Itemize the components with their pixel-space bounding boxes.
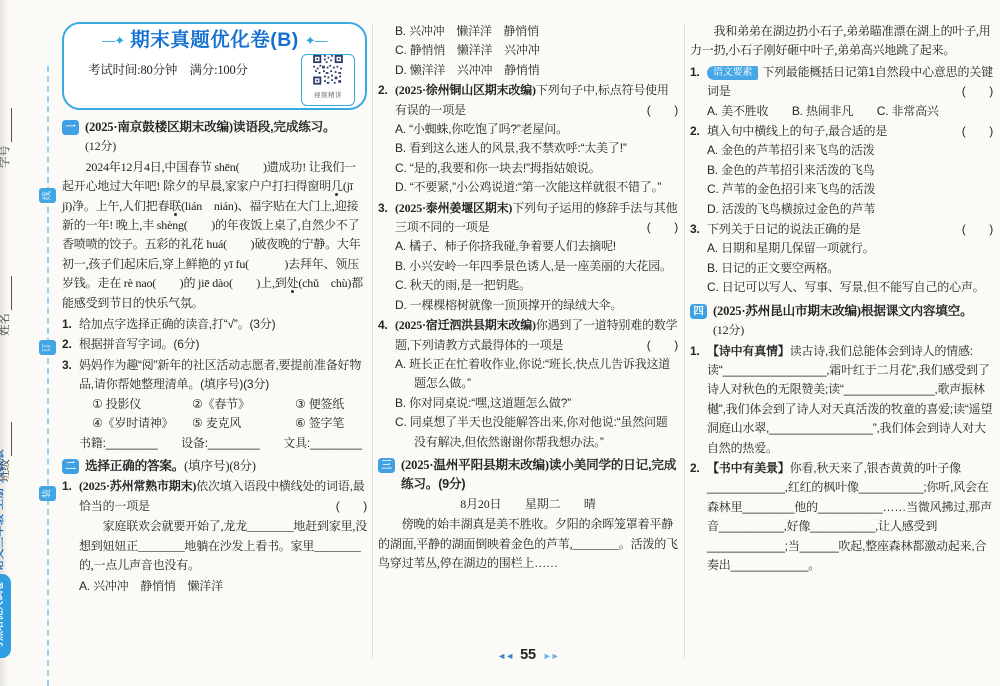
theme-tag: 【诗中有真情】 bbox=[707, 344, 790, 358]
reading-passage: 2024年12月4日,中国春节 shēn( )遗成功! 让我们一起开心地过大年吧… bbox=[62, 158, 367, 313]
paper-title-box: —✦ 期末真题优化卷(B) ✦— 考试时间:80分钟 满分:100分 bbox=[62, 22, 367, 110]
series-badge: 考点培优大试卷 bbox=[0, 574, 11, 658]
page-footer: ◄◄55►► bbox=[62, 646, 994, 666]
section-2-score: (填序号)(8分) bbox=[184, 459, 256, 473]
option-a: A. 班长正在忙着收作业,你说:“班长,快点儿告诉我这道题怎么做。” bbox=[395, 355, 678, 394]
name-blank bbox=[1, 276, 12, 310]
binding-dashed-line bbox=[47, 66, 49, 686]
section-3-source: (2025·温州平阳县期末改编) bbox=[401, 458, 549, 472]
student-id-blank bbox=[1, 108, 12, 142]
exam-paper-page: 学号 姓名 班级 考点培优大试卷 语文三年级 上册 人教版 线 订 装 —✦ 期… bbox=[0, 0, 1000, 686]
checklist-items: ① 投影仪 ②《春节》 ③ 便签纸 ④《岁时请神》 ⑤ 麦克风 ⑥ 签字笔 bbox=[92, 395, 367, 434]
question-4-2: 2. 【书中有美景】你看,秋天来了,银杏黄黄的叶子像____________,红… bbox=[690, 459, 993, 575]
option-d: D. “不要紧,”小公鸡说道:“第一次能这样就很不错了。” bbox=[395, 178, 678, 197]
section-1-score: (12分) bbox=[85, 137, 367, 156]
section-1-header: 一 (2025·南京鼓楼区期末改编)读语段,完成练习。 bbox=[62, 118, 367, 137]
checklist-item: ④《岁时请神》 bbox=[92, 414, 192, 433]
column-3: 我和弟弟在湖边扔小石子,弟弟瞄准漂在湖上的叶子,用力一扔,小石子刚好砸中叶子,弟… bbox=[690, 22, 993, 575]
qr-caption: 视频精讲 bbox=[314, 86, 342, 105]
question-3-2: 2. 填入句中横线上的句子,最合适的是( ) bbox=[690, 122, 993, 141]
binding-mark-zhuang: 装 bbox=[39, 486, 56, 501]
question-4-1: 1. 【诗中有真情】读古诗,我们总能体会到诗人的情感:读“___________… bbox=[690, 342, 993, 458]
section-1-source: (2025·南京鼓楼区期末改编) bbox=[85, 120, 233, 134]
section-4-badge: 四 bbox=[690, 304, 707, 319]
question-3-1: 1. 语文要素下列最能概括日记第1自然段中心意思的关键词是( ) bbox=[690, 63, 993, 102]
section-3-score: (9分) bbox=[438, 477, 465, 491]
option-c: C. 芦苇的金色招引来飞鸟的活泼 bbox=[707, 180, 993, 199]
title-ornament-right-icon: ✦— bbox=[305, 31, 327, 50]
question-1-1: 1. 给加点字选择正确的读音,打“√”。(3分) bbox=[62, 315, 367, 334]
answer-parens: ( ) bbox=[647, 101, 678, 120]
option-b: B. 日记的正文要空两格。 bbox=[707, 259, 993, 278]
checklist-item: ②《春节》 bbox=[192, 395, 295, 414]
column-2: B. 兴冲冲 懒洋洋 静悄悄 C. 静悄悄 懒洋洋 兴冲冲 D. 懒洋洋 兴冲冲… bbox=[378, 22, 678, 575]
book-title: 语文三年级 上册 人教版 bbox=[0, 449, 10, 571]
student-id-label: 学号 bbox=[0, 145, 16, 168]
binding-mark-xian: 线 bbox=[39, 188, 56, 203]
question-3-3: 3. 下列关于日记的说法正确的是( ) bbox=[690, 220, 993, 239]
qr-code-box: 视频精讲 bbox=[301, 54, 355, 106]
title-ornament-left-icon: —✦ bbox=[102, 31, 124, 50]
section-2-title: 选择正确的答案。 bbox=[85, 459, 184, 473]
question-2-3: 3. (2025·泰州姜堰区期末)下列句子运用的修辞手法与其他三项不同的一项是(… bbox=[378, 199, 678, 238]
name-field: 姓名 bbox=[0, 276, 14, 336]
binding-mark-ding: 订 bbox=[39, 340, 56, 355]
answer-parens: ( ) bbox=[336, 497, 367, 516]
option-b: B. 你对同桌说:“嘿,这道题怎么做?” bbox=[395, 394, 678, 413]
book-info: 考点培优大试卷 语文三年级 上册 人教版 bbox=[0, 449, 8, 658]
diary-paragraph-2: 我和弟弟在湖边扔小石子,弟弟瞄准漂在湖上的叶子,用力一扔,小石子刚好砸中叶子,弟… bbox=[690, 22, 993, 61]
section-4-score: (12分) bbox=[713, 321, 993, 340]
question-2-4: 4. (2025·宿迁泗洪县期末改编)你遇到了一道特别难的数学题,下列请教方式最… bbox=[378, 316, 678, 355]
question-2-1-passage: 家庭联欢会就要开始了,龙龙________地赶到家里,没想到妞妞正_______… bbox=[79, 517, 367, 575]
answer-parens: ( ) bbox=[962, 82, 993, 101]
option-b: B. 小兴安岭一年四季景色诱人,是一座美丽的大花园。 bbox=[395, 257, 678, 276]
dotted-char: 处 bbox=[287, 276, 299, 290]
section-4-title: 根据课文内容填空。 bbox=[861, 304, 973, 318]
question-2-1: 1. (2025·苏州常熟市期末)依次填入语段中横线处的词语,最恰当的一项是( … bbox=[62, 477, 367, 516]
option-b: B. 兴冲冲 懒洋洋 静悄悄 bbox=[395, 22, 678, 41]
question-2-2: 2. (2025·徐州铜山区期末改编)下列句子中,标点符号使用有误的一项是( ) bbox=[378, 81, 678, 120]
column-divider-2 bbox=[684, 24, 685, 658]
exam-meta: 考试时间:80分钟 满分:100分 bbox=[88, 61, 273, 80]
section-3-badge: 三 bbox=[378, 458, 395, 473]
option-d: D. 一棵棵榕树就像一顶顶撑开的绿绒大伞。 bbox=[395, 296, 678, 315]
option-c: C. 同桌想了半天也没能解答出来,你对他说:“虽然问题没有解决,但依然谢谢你帮我… bbox=[395, 413, 678, 452]
option-a: A. 日期和星期几保留一项就行。 bbox=[707, 239, 993, 258]
page-number: 55 bbox=[520, 647, 536, 663]
option-a: A. 兴冲冲 静悄悄 懒洋洋 bbox=[79, 577, 367, 596]
section-4-source: (2025·苏州昆山市期末改编) bbox=[713, 304, 861, 318]
question-1-2: 2. 根据拼音写字词。(6分) bbox=[62, 335, 367, 354]
checklist-answer-blanks: 书籍:________ 设备:________ 文具:________ bbox=[79, 434, 367, 453]
column-1: —✦ 期末真题优化卷(B) ✦— 考试时间:80分钟 满分:100分 bbox=[62, 22, 367, 597]
qr-code-icon bbox=[311, 55, 345, 85]
section-2-badge: 二 bbox=[62, 459, 79, 474]
section-2-header: 二 选择正确的答案。(填序号)(8分) bbox=[62, 457, 367, 476]
option-d: D. 懒洋洋 兴冲冲 静悄悄 bbox=[395, 61, 678, 80]
checklist-item: ⑤ 麦克风 bbox=[192, 414, 295, 433]
dotted-char: 联 bbox=[169, 199, 181, 213]
checklist-item: ① 投影仪 bbox=[92, 395, 192, 414]
answer-parens: ( ) bbox=[647, 336, 678, 355]
section-1-badge: 一 bbox=[62, 120, 79, 135]
option-a: A. 金色的芦苇招引来飞鸟的活泼 bbox=[707, 141, 993, 160]
checklist-item: ③ 便签纸 bbox=[295, 395, 377, 414]
theme-tag: 【书中有美景】 bbox=[707, 461, 790, 475]
diary-date-line: 8月20日 星期二 晴 bbox=[378, 495, 678, 514]
option-b: B. 金色的芦苇招引来活泼的飞鸟 bbox=[707, 161, 993, 180]
yuwen-yaosu-badge: 语文要素 bbox=[707, 66, 758, 80]
paper-title: 期末真题优化卷(B) bbox=[130, 31, 299, 50]
option-d: D. 活泼的飞鸟横掠过金色的芦苇 bbox=[707, 200, 993, 219]
option-c: C. 秋天的雨,是一把钥匙。 bbox=[395, 276, 678, 295]
prev-page-icon: ◄◄ bbox=[497, 651, 513, 661]
option-c: C. 日记可以写人、写事、写景,但不能写自己的心声。 bbox=[707, 278, 993, 297]
answer-parens: ( ) bbox=[647, 218, 678, 237]
section-1-title: 读语段,完成练习。 bbox=[233, 120, 335, 134]
answer-parens: ( ) bbox=[962, 220, 993, 239]
column-divider-1 bbox=[372, 24, 373, 658]
option-b: B. 看到这么迷人的风景,我不禁欢呼:“太美了!” bbox=[395, 139, 678, 158]
option-c: C. 静悄悄 懒洋洋 兴冲冲 bbox=[395, 41, 678, 60]
option-c: C. “是的,我要和你一块去!”拇指姑娘说。 bbox=[395, 159, 678, 178]
student-id-field: 学号 bbox=[0, 108, 14, 168]
options-inline: A. 美不胜收 B. 热闹非凡 C. 非常高兴 bbox=[707, 102, 993, 121]
checklist-item: ⑥ 签字笔 bbox=[295, 414, 377, 433]
section-3-header: 三 (2025·温州平阳县期末改编)读小美同学的日记,完成练习。(9分) bbox=[378, 456, 678, 495]
option-a: A. 橘子、柿子你挤我碰,争着要人们去摘呢! bbox=[395, 237, 678, 256]
option-a: A. “小蜘蛛,你吃饱了吗?”老屋问。 bbox=[395, 120, 678, 139]
question-1-3: 3. 妈妈作为趣“阅”新年的社区活动志愿者,要提前准备好物品,请你帮她整理清单。… bbox=[62, 356, 367, 395]
section-4-header: 四 (2025·苏州昆山市期末改编)根据课文内容填空。 bbox=[690, 302, 993, 321]
name-label: 姓名 bbox=[0, 313, 16, 336]
diary-paragraph-1: 傍晚的始丰湖真是美不胜收。夕阳的余晖笼罩着平静的湖面,平静的湖面倒映着金色的芦苇… bbox=[378, 515, 678, 573]
dotted-char: 几 bbox=[331, 179, 343, 193]
next-page-icon: ►► bbox=[543, 651, 559, 661]
answer-parens: ( ) bbox=[962, 122, 993, 141]
